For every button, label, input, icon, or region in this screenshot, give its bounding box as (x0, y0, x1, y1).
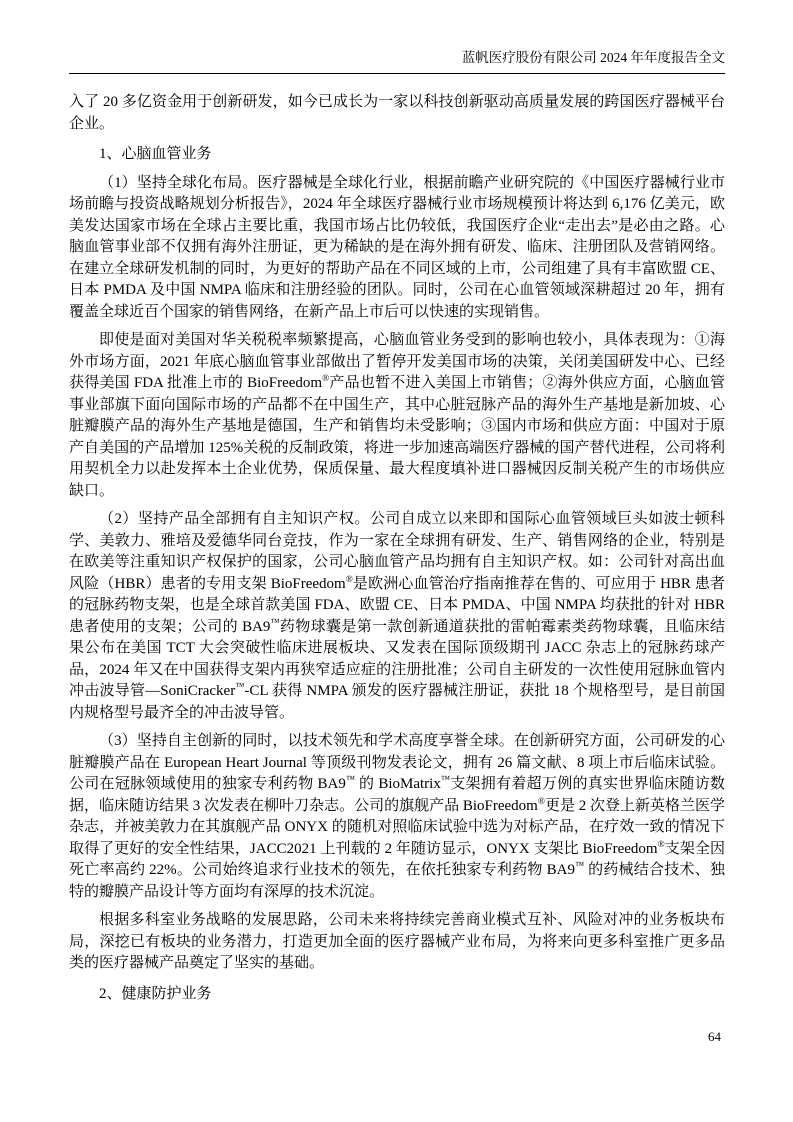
paragraph-innovation-academic: （3）坚持自主创新的同时，以技术领先和学术高度享誉全球。在创新研究方面，公司研发… (69, 731, 725, 903)
paragraph-global-layout: （1）坚持全球化布局。医疗器械是全球化行业，根据前瞻产业研究院的《中国医疗器械行… (69, 173, 725, 324)
paragraph-tariff-impact: 即使是面对美国对华关税税率频繁提高，心脑血管业务受到的影响也较小，具体表现为：①… (69, 330, 725, 502)
paragraph-ip-ownership: （2）坚持产品全部拥有自主知识产权。公司自成立以来即和国际心血管领域巨头如波士顿… (69, 509, 725, 724)
paragraph-intro-continuation: 入了 20 多亿资金用于创新研发，如今已成长为一家以科技创新驱动高质量发展的跨国… (69, 92, 725, 135)
document-body: 入了 20 多亿资金用于创新研发，如今已成长为一家以科技创新驱动高质量发展的跨国… (69, 92, 725, 1005)
page-header-title: 蓝帆医疗股份有限公司 2024 年年度报告全文 (462, 50, 725, 65)
document-page: 蓝帆医疗股份有限公司 2024 年年度报告全文 入了 20 多亿资金用于创新研发… (0, 0, 793, 1122)
paragraph-multi-department-strategy: 根据多科室业务战略的发展思路，公司未来将持续完善商业模式互补、风险对冲的业务板块… (69, 910, 725, 975)
section-heading-cardio: 1、心脑血管业务 (69, 144, 725, 166)
page-footer: 64 (69, 1028, 721, 1046)
page-header: 蓝帆医疗股份有限公司 2024 年年度报告全文 (69, 48, 725, 74)
section-heading-health-protection: 2、健康防护业务 (69, 984, 725, 1006)
page-number: 64 (708, 1029, 721, 1044)
